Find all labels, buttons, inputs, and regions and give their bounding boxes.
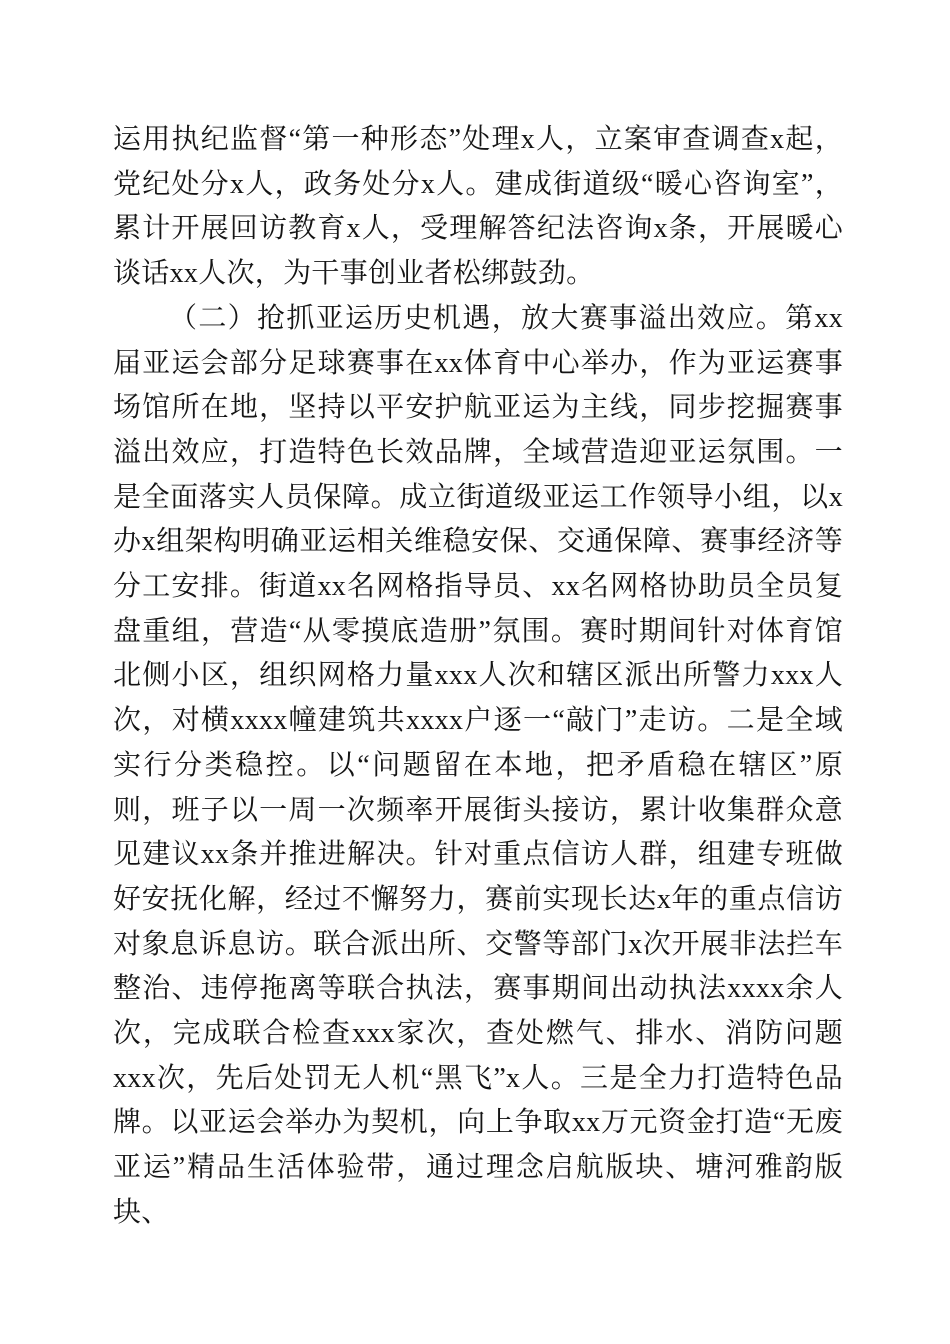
text-block: 运用执纪监督“第一种形态”处理x人，立案审查调查x起，党纪处分x人，政务处分x人… (113, 118, 843, 1236)
document-page: 运用执纪监督“第一种形态”处理x人，立案审查调查x起，党纪处分x人，政务处分x人… (0, 0, 950, 1344)
paragraph-continuation: 运用执纪监督“第一种形态”处理x人，立案审查调查x起，党纪处分x人，政务处分x人… (113, 118, 843, 297)
paragraph-section-2: （二）抢抓亚运历史机遇，放大赛事溢出效应。第xx届亚运会部分足球赛事在xx体育中… (113, 297, 843, 1236)
